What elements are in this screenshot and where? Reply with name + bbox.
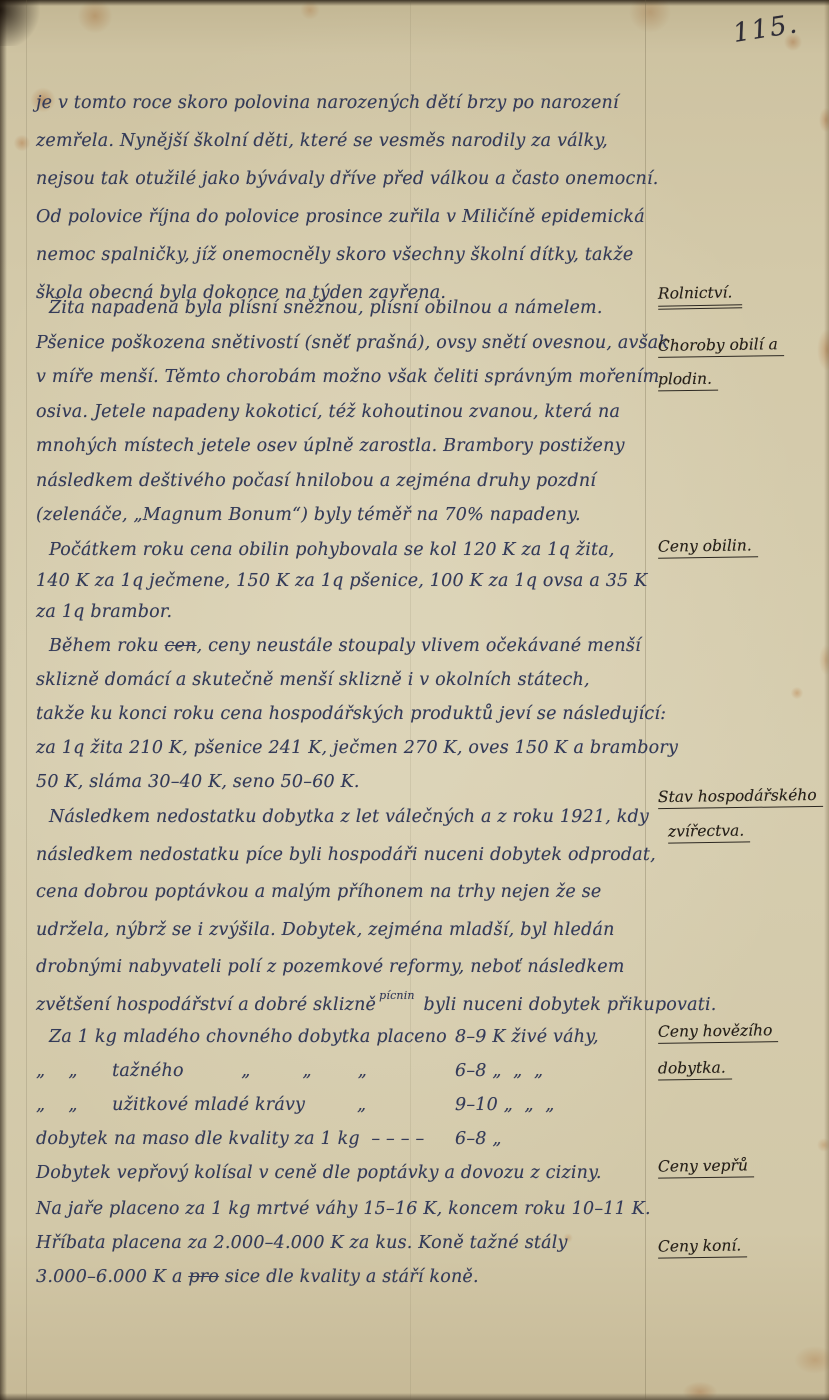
page-number: 115. xyxy=(731,9,801,49)
struck-out-word: cen xyxy=(165,636,197,656)
text-line: (zelenáče, „Magnum Bonum“) byly téměř na… xyxy=(36,498,652,533)
row-value: 8–9 K živé váhy, xyxy=(455,1020,599,1054)
text-line: následkem nedostatku píce byli hospodáři… xyxy=(36,837,652,875)
row-value: 9–10 „ „ „ xyxy=(455,1088,555,1122)
inserted-word-above-line: pícnin xyxy=(379,989,415,1002)
page-corner-shadow xyxy=(0,0,40,46)
margin-note-ceny-obilin: Ceny obilin. xyxy=(658,537,826,558)
margin-note-text: Choroby obilí a xyxy=(658,335,784,358)
margin-note-choroby: Choroby obilí a xyxy=(658,336,826,357)
margin-note-ceny-koni: Ceny koní. xyxy=(658,1237,826,1258)
text-line: 50 K, sláma 30–40 K, seno 50–60 K. xyxy=(36,765,652,799)
margin-note-text: Rolnictví. xyxy=(658,283,743,309)
table-row: Za 1 kg mladého chovného dobytka placeno… xyxy=(36,1020,652,1054)
text-line: zemřela. Nynější školní děti, které se v… xyxy=(36,122,652,160)
paragraph-pig-prices: Dobytek vepřový kolísal v ceně dle poptá… xyxy=(36,1155,652,1227)
row-label: „ „ tažného „ „ „ xyxy=(36,1061,367,1081)
text-segment: 3.000–6.000 K a xyxy=(36,1267,188,1287)
margin-note-stav-zvirectva: Stav hospodářského xyxy=(658,787,826,808)
paragraph-children-health: je v tomto roce skoro polovina narozenýc… xyxy=(36,84,652,312)
text-line: za 1q brambor. xyxy=(36,597,652,628)
margin-note-text: plodin. xyxy=(658,370,718,392)
text-line: Hříbata placena za 2.000–4.000 K za kus.… xyxy=(36,1226,652,1260)
text-line-with-strikeout: 3.000–6.000 K a pro sice dle kvality a s… xyxy=(36,1260,652,1294)
text-line: Od polovice října do polovice prosince z… xyxy=(36,198,652,236)
text-line: Následkem nedostatku dobytka z let váleč… xyxy=(36,799,652,837)
text-line: mnohých místech jetele osev úplně zarost… xyxy=(36,429,652,464)
text-line: Pšenice poškozena snětivostí (sněť prašn… xyxy=(36,326,652,361)
margin-note-text: zvířectva. xyxy=(668,821,751,843)
margin-note-choroby-2: plodin. xyxy=(658,370,826,391)
paragraph-grain-prices-start: Počátkem roku cena obilin pohybovala se … xyxy=(36,535,652,628)
text-line-with-strikeout: Během roku cen, ceny neustále stoupaly v… xyxy=(36,629,652,663)
row-value: 6–8 „ xyxy=(455,1122,502,1156)
text-line: cena dobrou poptávkou a malým příhonem n… xyxy=(36,874,652,912)
paragraph-crop-diseases: Žita napadena byla plísní sněžnou, plísn… xyxy=(36,291,652,533)
margin-note-stav-zvirectva-2: zvířectva. xyxy=(658,822,829,843)
page-edge-right xyxy=(824,0,829,1400)
table-row: „ „ tažného „ „ „ 6–8 „ „ „ xyxy=(36,1054,652,1088)
margin-note-ceny-hoveziho-2: dobytka. xyxy=(658,1059,826,1080)
text-line: udržela, nýbrž se i zvýšila. Dobytek, ze… xyxy=(36,912,652,950)
text-segment: , ceny neustále stoupaly vlivem očekávan… xyxy=(197,636,641,656)
text-line: Počátkem roku cena obilin pohybovala se … xyxy=(36,535,652,566)
text-line: Žita napadena byla plísní sněžnou, plísn… xyxy=(36,291,652,326)
row-label: Za 1 kg mladého chovného dobytka placeno xyxy=(36,1020,447,1054)
text-line: za 1q žita 210 K, pšenice 241 K, ječmen … xyxy=(36,731,652,765)
text-line: drobnými nabyvateli polí z pozemkové ref… xyxy=(36,949,652,987)
row-label: dobytek na maso dle kvality za 1 kg – – … xyxy=(36,1129,424,1149)
row-value: 6–8 „ „ „ xyxy=(455,1054,543,1088)
table-row: dobytek na maso dle kvality za 1 kg – – … xyxy=(36,1122,652,1156)
text-line: Dobytek vepřový kolísal v ceně dle poptá… xyxy=(36,1155,652,1191)
text-line: je v tomto roce skoro polovina narozenýc… xyxy=(36,84,652,122)
text-line: 140 K za 1q ječmene, 150 K za 1q pšenice… xyxy=(36,566,652,597)
paragraph-grain-prices-end: Během roku cen, ceny neustále stoupaly v… xyxy=(36,629,652,799)
margin-note-rolnictvi: Rolnictví. xyxy=(658,284,826,309)
paragraph-horse-prices: Hříbata placena za 2.000–4.000 K za kus.… xyxy=(36,1226,652,1294)
left-margin-rule xyxy=(26,0,27,1400)
text-line: sklizně domácí a skutečně menší sklizně … xyxy=(36,663,652,697)
paragraph-livestock-situation: Následkem nedostatku dobytka z let váleč… xyxy=(36,799,652,1025)
text-line: následkem deštivého počasí hnilobou a ze… xyxy=(36,464,652,499)
margin-note-text: Ceny vepřů xyxy=(658,1156,754,1178)
margin-note-text: Ceny hovězího xyxy=(658,1021,779,1044)
page-edge-left xyxy=(0,0,7,1400)
text-line: nemoc spalničky, jíž onemocněly skoro vš… xyxy=(36,236,652,274)
text-segment: zvětšení hospodářství a dobré sklizně xyxy=(36,995,376,1015)
table-row: „ „ užitkové mladé krávy „ 9–10 „ „ „ xyxy=(36,1088,652,1122)
text-line: v míře menší. Těmto chorobám možno však … xyxy=(36,360,652,395)
cattle-price-table: Za 1 kg mladého chovného dobytka placeno… xyxy=(36,1020,652,1156)
page-edge-bottom xyxy=(0,1393,829,1400)
text-segment: sice dle kvality a stáří koně. xyxy=(219,1267,479,1287)
text-line: osiva. Jetele napadeny kokoticí, též koh… xyxy=(36,395,652,430)
margin-note-text: Ceny obilin. xyxy=(658,536,758,558)
margin-note-ceny-hoveziho: Ceny hovězího xyxy=(658,1022,826,1043)
page-edge-top xyxy=(0,0,829,6)
chronicle-page-scan: 115. je v tomto roce skoro polovina naro… xyxy=(0,0,829,1400)
text-line: takže ku konci roku cena hospodářských p… xyxy=(36,697,652,731)
margin-note-text: Stav hospodářského xyxy=(658,786,823,809)
text-line: nejsou tak otužilé jako bývávaly dříve p… xyxy=(36,160,652,198)
text-segment: byli nuceni dobytek přikupovati. xyxy=(418,995,717,1015)
text-line: Na jaře placeno za 1 kg mrtvé váhy 15–16… xyxy=(36,1191,652,1227)
margin-note-ceny-vepru: Ceny vepřů xyxy=(658,1157,826,1178)
margin-note-text: dobytka. xyxy=(658,1058,732,1080)
text-segment: Během roku xyxy=(49,636,165,656)
struck-out-word: pro xyxy=(188,1267,219,1287)
margin-note-text: Ceny koní. xyxy=(658,1236,748,1258)
row-label: „ „ užitkové mladé krávy „ xyxy=(36,1095,366,1115)
